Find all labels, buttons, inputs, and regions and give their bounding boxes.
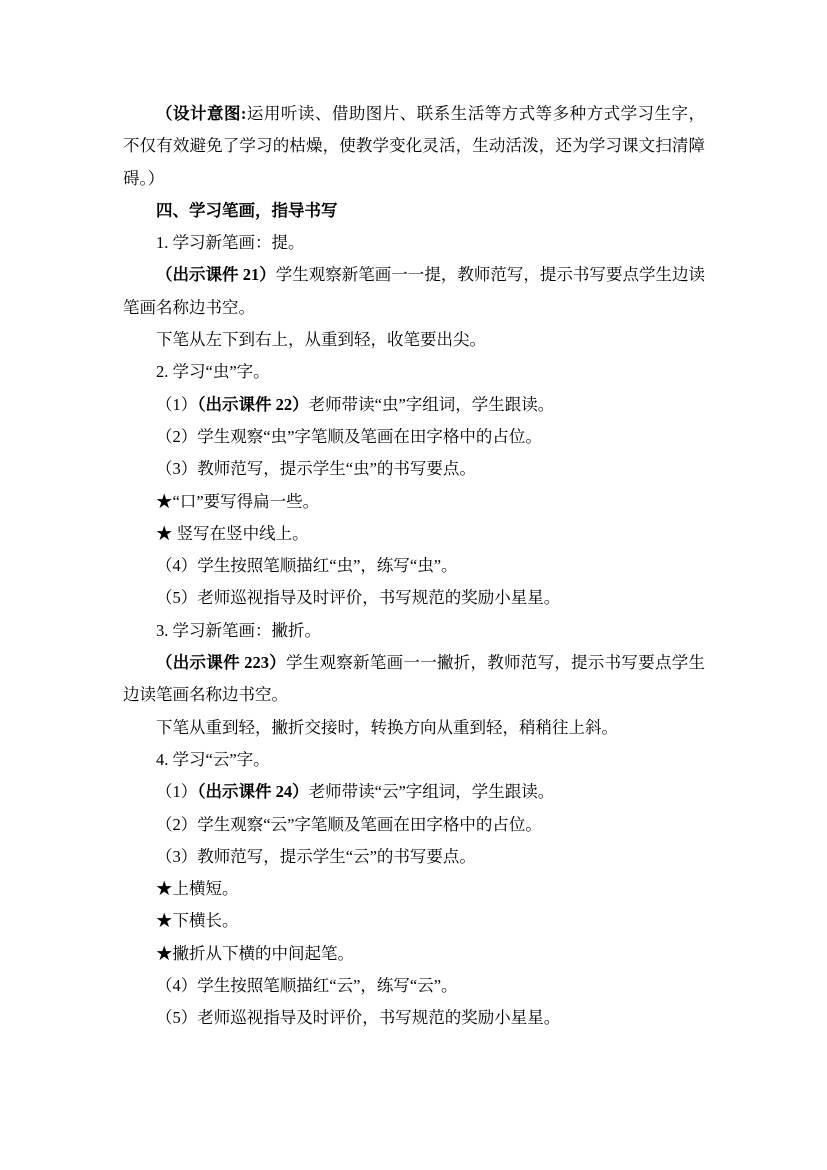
star-tip-chong-2: ★ 竖写在竖中线上。: [123, 518, 705, 550]
step-3: 3. 学习新笔画：撇折。: [123, 615, 705, 647]
step-2: 2. 学习“虫”字。: [123, 356, 705, 388]
step-4: 4. 学习“云”字。: [123, 744, 705, 776]
star-tip-yun-1: ★上横短。: [123, 873, 705, 905]
text-run: 2. 学习“虫”字。: [156, 362, 270, 381]
section-heading: 四、学习笔画，指导书写: [123, 195, 705, 227]
text-run: ★上横短。: [156, 879, 239, 898]
text-run: （出示课件 21）: [156, 265, 276, 284]
text-run: 3. 学习新笔画：撇折。: [156, 621, 321, 640]
text-run: ★撇折从下横的中间起笔。: [156, 944, 354, 963]
text-run: （2）学生观察“虫”字笔顺及笔画在田字格中的占位。: [156, 427, 542, 446]
step-1: 1. 学习新笔画：提。: [123, 227, 705, 259]
star-tip-yun-2: ★下横长。: [123, 905, 705, 937]
step-4-item-3: （3）教师范写，提示学生“云”的书写要点。: [123, 841, 705, 873]
text-run: ★“口”要写得扁一些。: [156, 492, 319, 511]
document-body: （设计意图:运用听读、借助图片、联系生活等方式等多种方式学习生字，不仅有效避免了…: [123, 98, 705, 1035]
step-4-item-2: （2）学生观察“云”字笔顺及笔画在田字格中的占位。: [123, 809, 705, 841]
text-run: 老师带读“虫”字组词，学生跟读。: [309, 395, 555, 414]
stroke-tip-piezhe: 下笔从重到轻，撇折交接时，转换方向从重到轻，稍稍往上斜。: [123, 712, 705, 744]
text-run: （3）教师范写，提示学生“云”的书写要点。: [156, 847, 476, 866]
design-note: （设计意图:运用听读、借助图片、联系生活等方式等多种方式学习生字，不仅有效避免了…: [123, 98, 705, 195]
text-run: 4. 学习“云”字。: [156, 750, 270, 769]
step-2-item-3: （3）教师范写，提示学生“虫”的书写要点。: [123, 453, 705, 485]
step-2-item-5: （5）老师巡视指导及时评价，书写规范的奖励小星星。: [123, 582, 705, 614]
text-run: 老师带读“云”字组词，学生跟读。: [309, 782, 555, 801]
text-run: （1）: [156, 395, 197, 414]
text-run: （出示课件 223）: [156, 653, 286, 672]
step-2-item-4: （4）学生按照笔顺描红“虫”，练写“虫”。: [123, 550, 705, 582]
stroke-tip-ti: 下笔从左下到右上，从重到轻，收笔要出尖。: [123, 324, 705, 356]
text-run: （4）学生按照笔顺描红“云”，练写“云”。: [156, 976, 458, 995]
document-page: （设计意图:运用听读、借助图片、联系生活等方式等多种方式学习生字，不仅有效避免了…: [0, 0, 827, 1170]
text-run: （2）学生观察“云”字笔顺及笔画在田字格中的占位。: [156, 815, 542, 834]
text-run: （4）学生按照笔顺描红“虫”，练写“虫”。: [156, 556, 458, 575]
text-run: 下笔从左下到右上，从重到轻，收笔要出尖。: [156, 330, 486, 349]
text-run: （5）老师巡视指导及时评价，书写规范的奖励小星星。: [156, 1008, 560, 1027]
step-2-item-2: （2）学生观察“虫”字笔顺及笔画在田字格中的占位。: [123, 421, 705, 453]
text-run: 1. 学习新笔画：提。: [156, 233, 305, 252]
text-run: （3）教师范写，提示学生“虫”的书写要点。: [156, 459, 476, 478]
courseware-223: （出示课件 223）学生观察新笔画一一撇折，教师范写，提示书写要点学生边读笔画名…: [123, 647, 705, 712]
text-run: 四、学习笔画，指导书写: [156, 201, 338, 220]
text-run: （设计意图:: [156, 104, 246, 123]
star-tip-chong-1: ★“口”要写得扁一些。: [123, 486, 705, 518]
text-run: （出示课件 22）: [197, 395, 308, 414]
text-run: ★下横长。: [156, 911, 239, 930]
star-tip-yun-3: ★撇折从下横的中间起笔。: [123, 938, 705, 970]
text-run: ★ 竖写在竖中线上。: [156, 524, 309, 543]
courseware-21: （出示课件 21）学生观察新笔画一一提，教师范写，提示书写要点学生边读笔画名称边…: [123, 259, 705, 324]
text-run: 下笔从重到轻，撇折交接时，转换方向从重到轻，稍稍往上斜。: [156, 718, 618, 737]
step-4-item-1: （1）（出示课件 24）老师带读“云”字组词，学生跟读。: [123, 776, 705, 808]
step-4-item-5: （5）老师巡视指导及时评价，书写规范的奖励小星星。: [123, 1002, 705, 1034]
text-run: （5）老师巡视指导及时评价，书写规范的奖励小星星。: [156, 588, 560, 607]
text-run: （出示课件 24）: [197, 782, 308, 801]
step-4-item-4: （4）学生按照笔顺描红“云”，练写“云”。: [123, 970, 705, 1002]
step-2-item-1: （1）（出示课件 22）老师带读“虫”字组词，学生跟读。: [123, 389, 705, 421]
text-run: （1）: [156, 782, 197, 801]
